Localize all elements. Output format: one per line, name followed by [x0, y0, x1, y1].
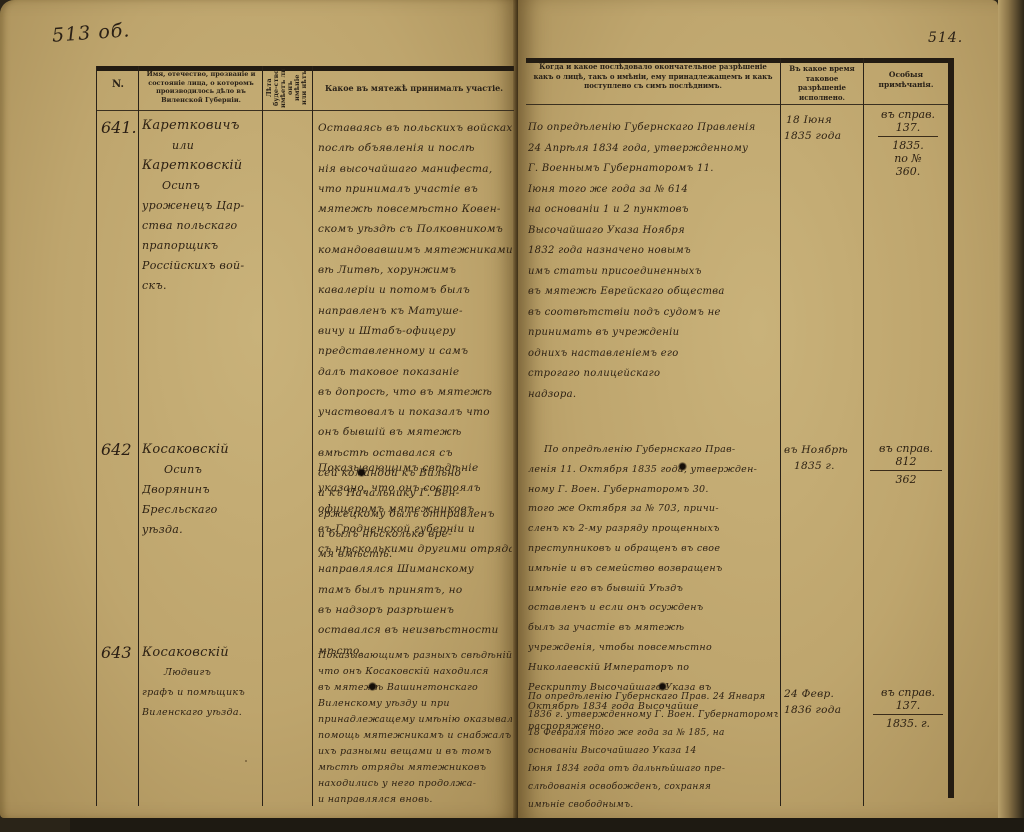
header-resolution: Когда и какое послѣдовало окончательное …	[528, 62, 778, 91]
entry-executed-date: 24 Февр. 1836 года	[784, 686, 862, 718]
left-folio-number: 513 об.	[51, 19, 131, 46]
column-rule-number	[138, 66, 139, 806]
entry-name: Каретковичъ или Каретковскій Осипъ уроже…	[142, 116, 260, 296]
right-page: 514. Когда и какое послѣдовало окончател…	[518, 0, 998, 818]
header-remarks: Особыя примѣчанія.	[866, 70, 946, 90]
book-edge	[998, 0, 1024, 832]
paper-speck	[245, 760, 247, 762]
column-rule-outer	[96, 66, 97, 806]
fraction-bar	[878, 136, 938, 137]
header-bottom-rule	[96, 110, 514, 111]
entry-executed-date: въ Ноябрѣ 1835 г.	[784, 442, 862, 474]
column-rule-resolution	[780, 58, 781, 806]
entry-name: Косаковскій Осипъ Дворянинъ Бресльскаго …	[142, 440, 260, 540]
entry-participation: Показывающимъ свѣдѣніе указано, что онъ …	[318, 458, 512, 661]
header-executed: Въ какое время таковое разрѣшеніе исполн…	[783, 64, 861, 102]
entry-name: Косаковскій Людвигъ графъ и помѣщикъ Вил…	[142, 643, 260, 723]
header-wealth: Лѣта буде-ство имѣетъ ли онъ имѣніе или …	[266, 68, 306, 108]
ink-blot	[658, 682, 667, 691]
ledger-book-spread: 513 об. N. Имя, отечество, прозваніе и с…	[0, 0, 1024, 832]
ink-blot	[357, 468, 366, 477]
background-surface	[70, 818, 1024, 832]
entry-remarks: въ справ. 137. 1835. по № 360.	[878, 108, 938, 178]
entry-remarks: въ справ. 137. 1835. г.	[873, 686, 943, 730]
entry-number: 642	[101, 440, 132, 459]
entry-resolution: По опредѣленію Губернскаго Прав. 24 Янва…	[528, 688, 778, 814]
header-bottom-rule	[526, 104, 952, 105]
fraction-bar	[870, 470, 942, 471]
entry-number: 641.	[101, 118, 137, 137]
ink-blot	[368, 682, 377, 691]
column-rule-executed	[863, 58, 864, 806]
entry-remarks: въ справ. 812 362	[870, 442, 942, 486]
ink-blot	[678, 462, 687, 471]
header-participation: Какое въ мятежѣ принималъ участіе.	[316, 84, 512, 93]
entry-executed-date: 18 Іюня 1835 года	[784, 112, 862, 144]
header-name: Имя, отечество, прозваніе и состояніе ли…	[142, 70, 260, 104]
entry-resolution: По опредѣленію Губернскаго Правленія 24 …	[528, 118, 778, 405]
entry-participation: Показывающимъ разныхъ свѣдѣній что онъ К…	[318, 648, 512, 808]
column-rule-name	[262, 66, 263, 806]
header-number: N.	[100, 80, 136, 89]
column-rule-outer	[948, 58, 954, 798]
fraction-bar	[873, 714, 943, 715]
left-page: 513 об. N. Имя, отечество, прозваніе и с…	[0, 0, 518, 818]
entry-number: 643	[101, 643, 132, 662]
column-rule-wealth	[312, 66, 313, 806]
right-folio-number: 514.	[928, 30, 963, 46]
